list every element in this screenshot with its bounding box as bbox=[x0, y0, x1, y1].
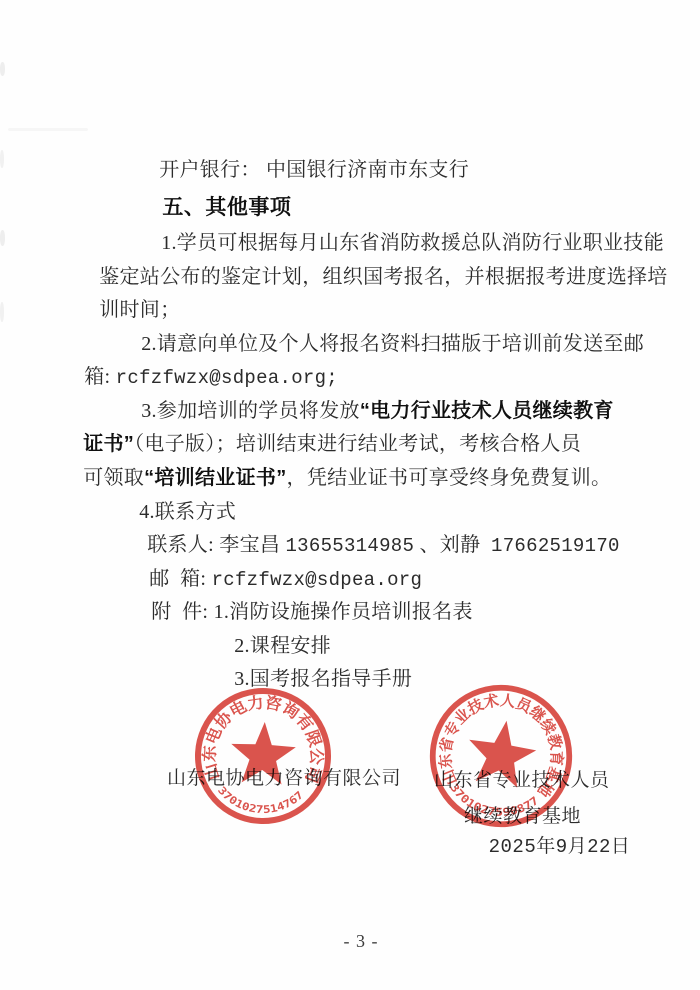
page-number: - 3 - bbox=[0, 910, 700, 973]
item3-line3-post: ，凭结业证书可享受终身免费复训。 bbox=[287, 467, 612, 489]
company-seal-right: 山东省专业技术人员继续教育基地 3701027590877 bbox=[405, 660, 597, 852]
contact2-name: 、刘静 bbox=[414, 534, 491, 556]
seal-star-icon bbox=[229, 720, 297, 785]
page-number-text: - 3 - bbox=[344, 931, 379, 951]
scan-artifact bbox=[0, 302, 4, 322]
attachments-label: 附 件: bbox=[151, 601, 213, 623]
document-page: 开户银行： 中国银行济南市东支行 五、其他事项 1.学员可根据每月山东省消防救援… bbox=[0, 0, 700, 990]
scan-artifact bbox=[0, 230, 5, 246]
scan-artifact bbox=[8, 128, 88, 131]
item1-line2-text: 鉴定站公布的鉴定计划，组织国考报名，并根据报考进度选择培 bbox=[99, 266, 667, 288]
contact2-phone: 17662519170 bbox=[491, 535, 620, 557]
mailbox-label: 箱: bbox=[84, 366, 115, 388]
scan-artifact bbox=[0, 150, 4, 168]
scan-artifact bbox=[0, 62, 5, 76]
seal-star-icon bbox=[463, 715, 540, 789]
company-seal-left: 山东电协电力咨询有限公司 3701027514767 bbox=[179, 672, 347, 840]
